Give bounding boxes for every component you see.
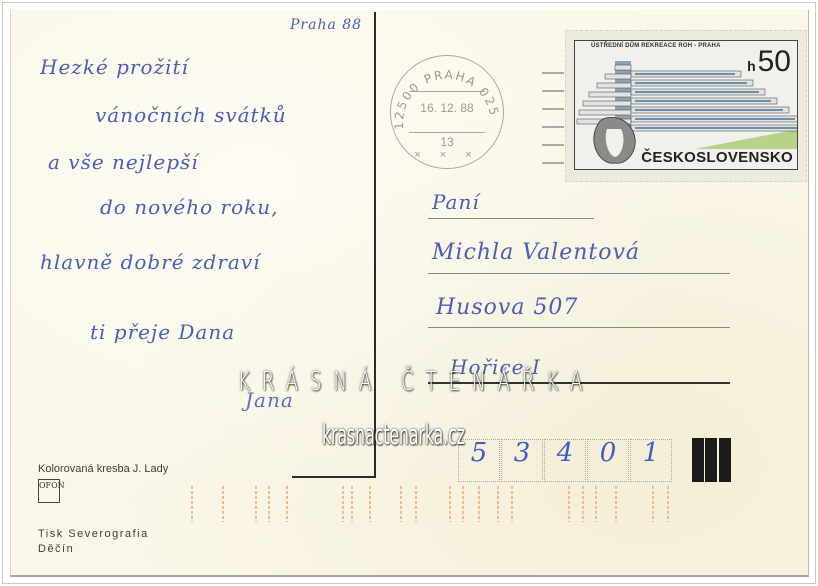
sorting-mark: [400, 486, 402, 522]
postmark: 12500 PRAHA 025 16. 12. 88 13 × × ×: [390, 55, 504, 169]
watermark-title: KRÁSNÁ ČTENÁŘKA: [238, 367, 594, 397]
stamp-image: ÚSTŘEDNÍ DŮM REKREACE ROH - PRAHA h50 ČE…: [574, 40, 798, 170]
sorting-mark: [191, 486, 193, 522]
sorting-mark: [462, 486, 464, 522]
message-line-3: a vše nejlepší: [48, 150, 199, 174]
stamp-value: h50: [747, 47, 791, 77]
sorting-mark: [255, 486, 257, 522]
message-line-5: hlavně dobré zdraví: [40, 250, 261, 274]
postal-digit-4: 0: [587, 438, 629, 468]
artwork-credit: Kolorovaná kresba J. Lady: [38, 463, 168, 475]
sorting-bar: [705, 438, 717, 482]
cancel-wave: [542, 144, 564, 146]
sorting-bar: [719, 438, 731, 482]
stamp-country: ČESKOSLOVENSKO: [641, 149, 793, 166]
address-name: Michla Valentová: [432, 240, 640, 265]
message-address-divider: [374, 12, 376, 477]
svg-text:12500 PRAHA 025: 12500 PRAHA 025: [392, 68, 502, 130]
printer-city: Děčín: [38, 543, 74, 555]
sorting-mark: [568, 486, 570, 522]
message-line-6: ti přeje Dana: [90, 320, 235, 344]
postmark-date: 16. 12. 88: [391, 101, 503, 115]
postage-stamp: ÚSTŘEDNÍ DŮM REKREACE ROH - PRAHA h50 ČE…: [565, 30, 807, 182]
cancel-wave: [542, 126, 564, 128]
sorting-mark: [342, 486, 344, 522]
cancel-wave: [542, 72, 564, 74]
address-line-2: [428, 273, 730, 274]
message-line-4: do nového roku,: [100, 195, 279, 219]
address-street: Husova 507: [436, 295, 578, 320]
postal-digit-3: 4: [544, 438, 586, 468]
sorting-mark: [268, 486, 270, 522]
address-line-3: [428, 327, 730, 328]
postmark-number: 13: [391, 135, 503, 149]
sorting-mark: [615, 486, 617, 522]
publisher-logo-text: OFON: [39, 481, 65, 490]
sorting-mark: [595, 486, 597, 522]
sorting-mark: [415, 486, 417, 522]
stamp-currency: h: [747, 58, 756, 74]
stamp-amount: 50: [758, 45, 791, 78]
sorting-bar: [692, 438, 704, 482]
sorting-mark: [478, 486, 480, 522]
sorting-mark: [286, 486, 288, 522]
sorting-mark: [582, 486, 584, 522]
address-salutation: Paní: [432, 190, 480, 214]
divider-foot-line: [292, 476, 376, 478]
publisher-logo: OFON: [38, 479, 60, 503]
postmark-bottom-marks: × × ×: [391, 149, 503, 161]
sorting-mark: [652, 486, 654, 522]
printer-credit: Tisk Severografia: [38, 528, 149, 540]
cancel-wave: [542, 90, 564, 92]
sorting-mark: [449, 486, 451, 522]
stamp-caption: ÚSTŘEDNÍ DŮM REKREACE ROH - PRAHA: [591, 43, 721, 49]
postal-digit-2: 3: [501, 438, 543, 468]
message-line-2: vánočních svátků: [95, 103, 287, 127]
watermark-url: krasnactenarka.cz: [322, 418, 465, 451]
sorting-mark: [511, 486, 513, 522]
postal-digit-5: 1: [630, 438, 672, 468]
sorting-mark: [667, 486, 669, 522]
cancel-wave: [542, 162, 564, 164]
cancel-wave: [542, 108, 564, 110]
sorting-mark: [351, 486, 353, 522]
sorting-mark: [369, 486, 371, 522]
postmark-top-text: 12500 PRAHA 025: [392, 68, 502, 130]
address-line-1: [428, 218, 594, 219]
place-date: Praha 88: [290, 17, 362, 33]
sorting-mark: [222, 486, 224, 522]
sorting-mark: [497, 486, 499, 522]
message-line-1: Hezké prožití: [40, 55, 189, 79]
